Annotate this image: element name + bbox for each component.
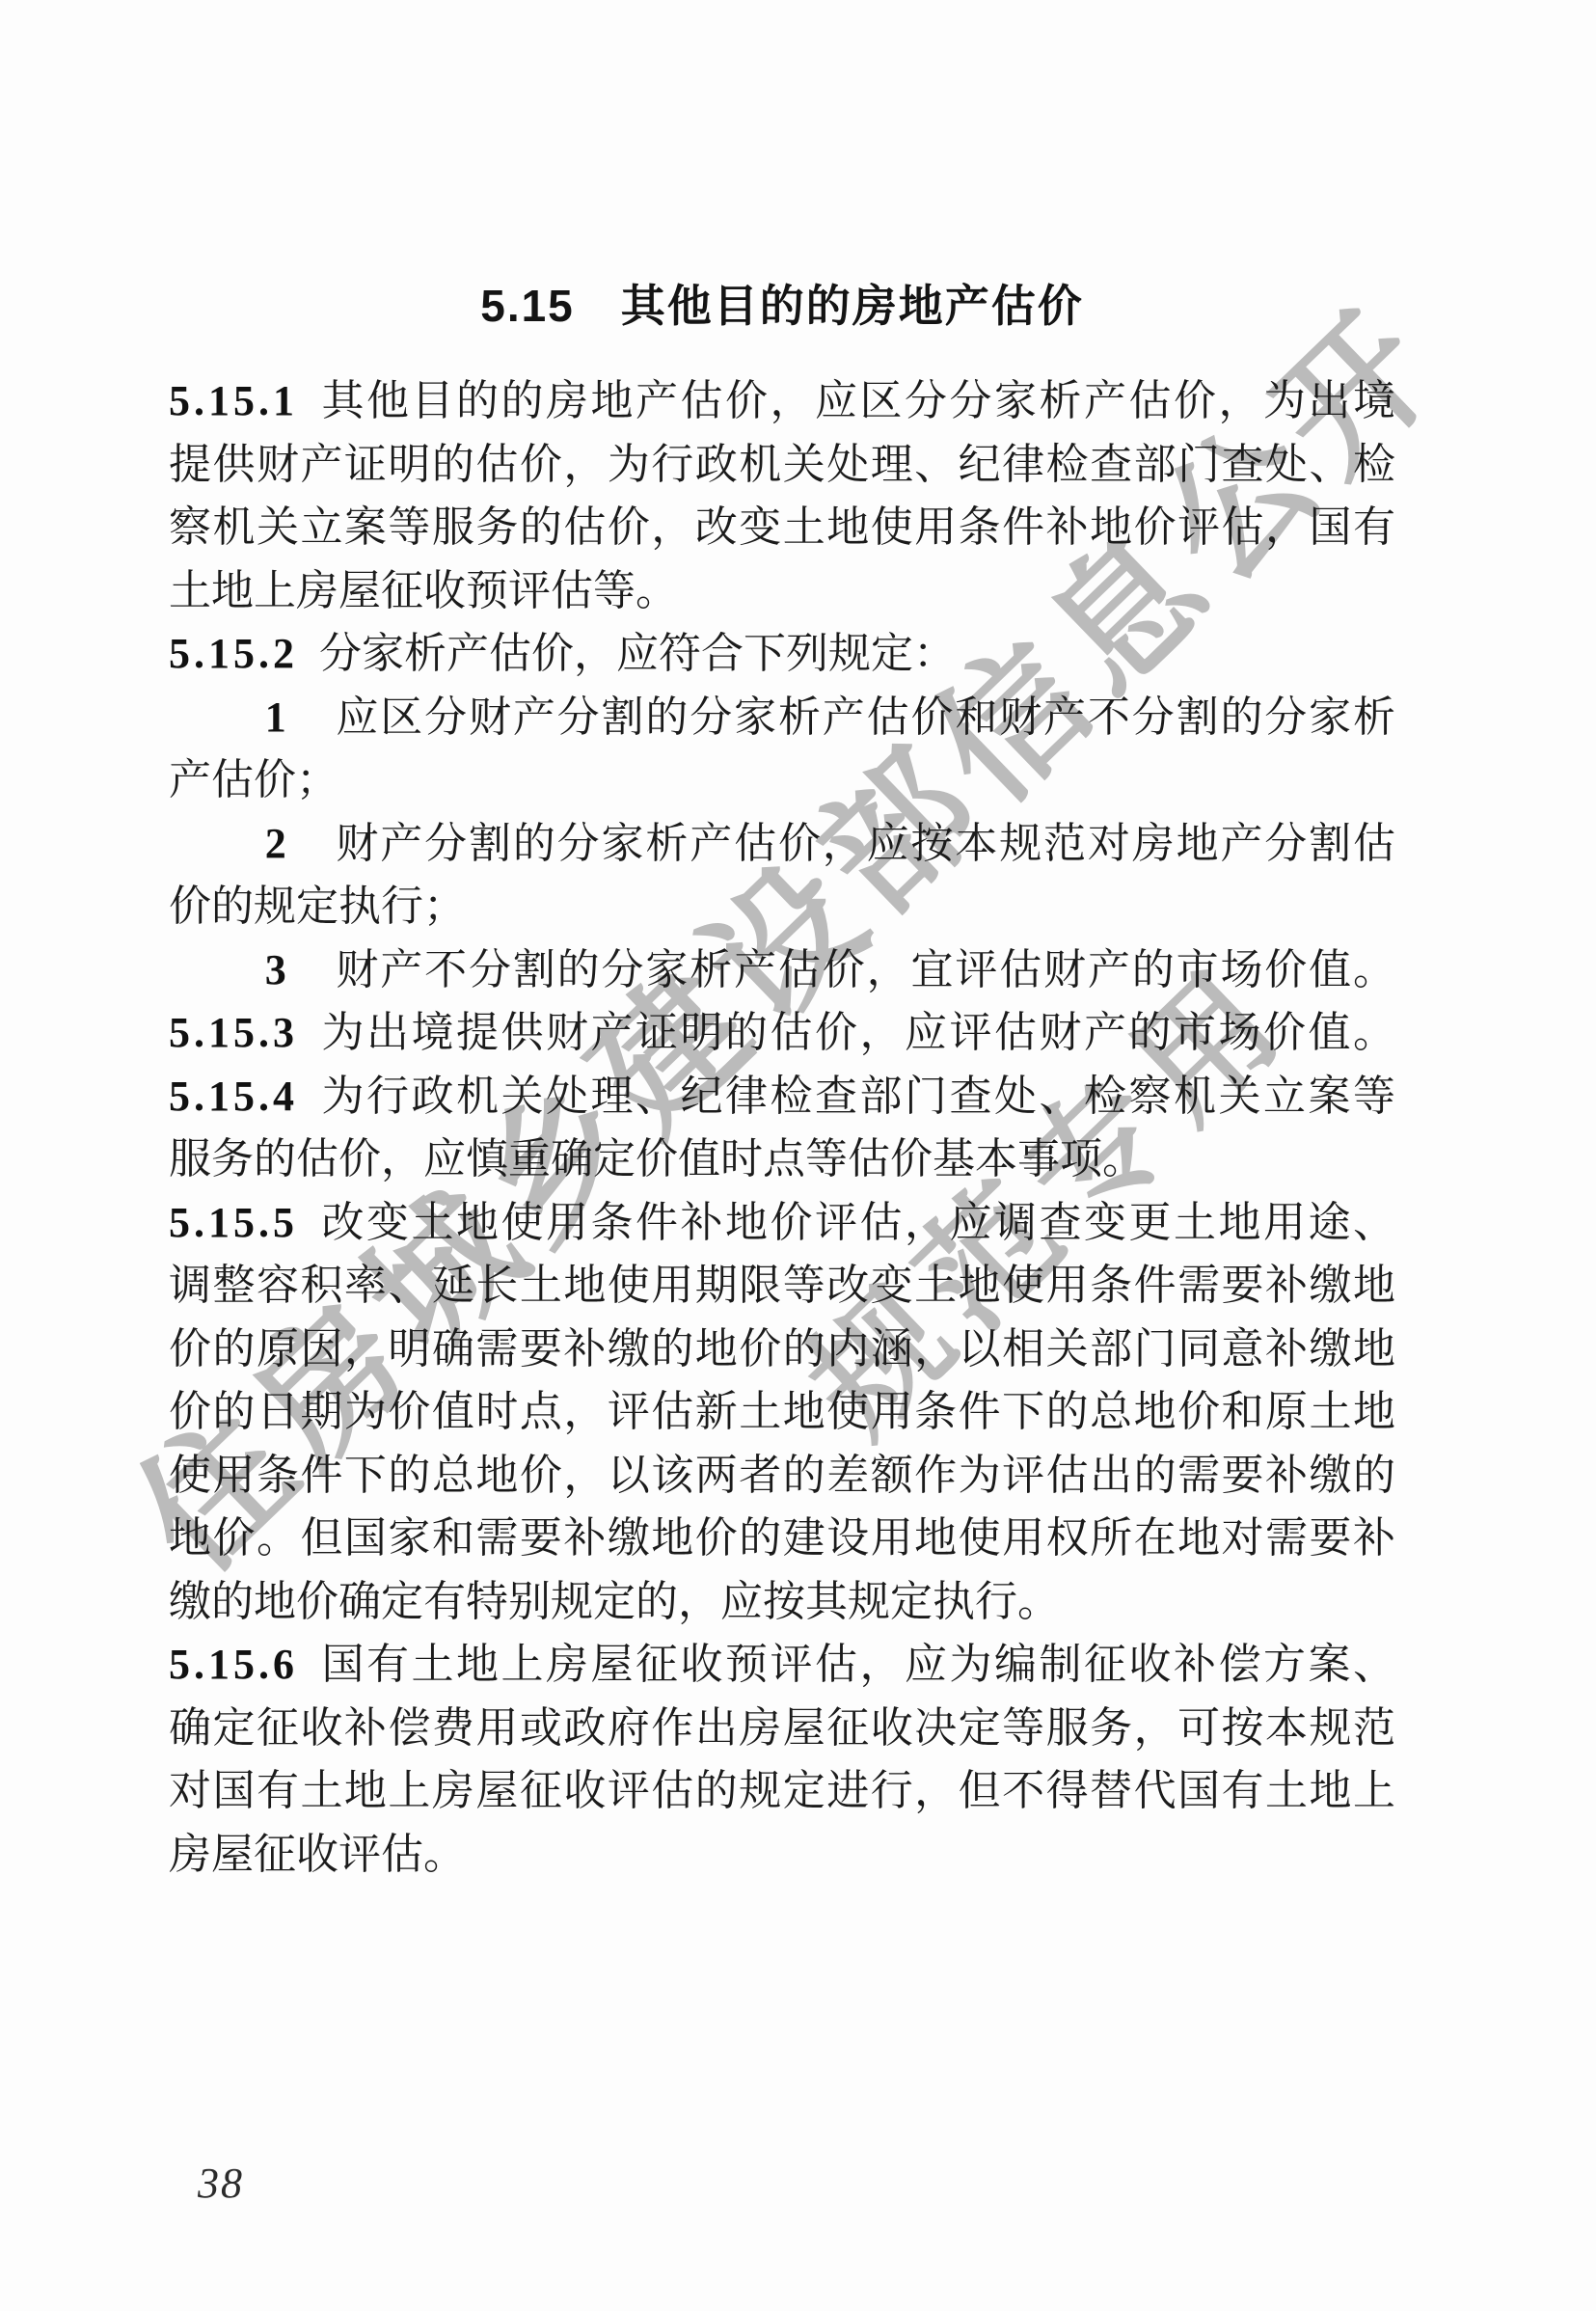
text-line: 地价。但国家和需要补缴地价的建设用地使用权所在地对需要补 bbox=[169, 1507, 1395, 1570]
text-line: 5.15.4 为行政机关处理、纪律检查部门查处、检察机关立案等 bbox=[169, 1065, 1395, 1128]
text-line: 价的规定执行； bbox=[169, 875, 1395, 938]
line-text: 确定征收补偿费用或政府作出房屋征收决定等服务，可按本规范 bbox=[169, 1704, 1395, 1752]
clause-number: 5.15.4 bbox=[169, 1073, 298, 1120]
clause-number: 5.15.5 bbox=[169, 1199, 298, 1246]
text-line: 5.15.5 改变土地使用条件补地价评估，应调查变更土地用途、 bbox=[169, 1191, 1395, 1255]
line-text: 国有土地上房屋征收预评估，应为编制征收补偿方案、 bbox=[298, 1641, 1395, 1688]
text-line: 价的原因，明确需要补缴的地价的内涵，以相关部门同意补缴地 bbox=[169, 1318, 1395, 1381]
text-line: 5.15.3 为出境提供财产证明的估价，应评估财产的市场价值。 bbox=[169, 1001, 1395, 1065]
clause-number: 5.15.2 bbox=[169, 630, 298, 677]
text-line: 土地上房屋征收预评估等。 bbox=[169, 559, 1395, 623]
text-line: 1 应区分财产分割的分家析产估价和财产不分割的分家析 bbox=[169, 686, 1395, 749]
item-number: 1 bbox=[169, 693, 290, 741]
text-line: 5.15.6 国有土地上房屋征收预评估，应为编制征收补偿方案、 bbox=[169, 1633, 1395, 1697]
text-column: 5.15.1 其他目的的房地产估价，应区分分家析产估价，为出境 提供财产证明的估… bbox=[169, 369, 1395, 1886]
line-text: 使用条件下的总地价，以该两者的差额作为评估出的需要补缴的 bbox=[169, 1452, 1395, 1499]
item-number: 3 bbox=[169, 946, 290, 993]
text-line: 房屋征收评估。 bbox=[169, 1823, 1395, 1887]
clause-number: 5.15.3 bbox=[169, 1009, 298, 1056]
text-line: 5.15.2 分家析产估价，应符合下列规定： bbox=[169, 622, 1395, 686]
line-text: 价的规定执行； bbox=[169, 883, 466, 930]
text-line: 产估价； bbox=[169, 748, 1395, 812]
line-text: 为行政机关处理、纪律检查部门查处、检察机关立案等 bbox=[298, 1073, 1395, 1120]
text-line: 3 财产不分割的分家析产估价，宜评估财产的市场价值。 bbox=[169, 938, 1395, 1002]
clause-number: 5.15.6 bbox=[169, 1641, 298, 1688]
line-text: 为出境提供财产证明的估价，应评估财产的市场价值。 bbox=[298, 1009, 1395, 1056]
line-text: 价的原因，明确需要补缴的地价的内涵，以相关部门同意补缴地 bbox=[169, 1325, 1395, 1373]
clause-number: 5.15.1 bbox=[169, 377, 298, 424]
page-number: 38 bbox=[198, 2159, 244, 2208]
line-text: 察机关立案等服务的估价，改变土地使用条件补地价评估，国有 bbox=[169, 503, 1395, 551]
line-text: 提供财产证明的估价，为行政机关处理、纪律检查部门查处、检 bbox=[169, 441, 1395, 488]
text-line: 提供财产证明的估价，为行政机关处理、纪律检查部门查处、检 bbox=[169, 433, 1395, 497]
line-text: 房屋征收评估。 bbox=[169, 1831, 466, 1878]
line-text: 产估价； bbox=[169, 756, 338, 803]
line-text: 服务的估价，应慎重确定价值时点等估价基本事项。 bbox=[169, 1135, 1145, 1183]
section-title: 5.15 其他目的的房地产估价 bbox=[169, 278, 1395, 334]
text-line: 调整容积率、延长土地使用期限等改变土地使用条件需要补缴地 bbox=[169, 1254, 1395, 1318]
line-text: 财产不分割的分家析产估价，宜评估财产的市场价值。 bbox=[290, 946, 1395, 993]
text-line: 缴的地价确定有特别规定的，应按其规定执行。 bbox=[169, 1570, 1395, 1634]
line-text: 缴的地价确定有特别规定的，应按其规定执行。 bbox=[169, 1578, 1060, 1625]
text-line: 确定征收补偿费用或政府作出房屋征收决定等服务，可按本规范 bbox=[169, 1697, 1395, 1760]
text-line: 2 财产分割的分家析产估价，应按本规范对房地产分割估 bbox=[169, 812, 1395, 876]
line-text: 其他目的的房地产估价，应区分分家析产估价，为出境 bbox=[298, 377, 1395, 424]
line-text: 财产分割的分家析产估价，应按本规范对房地产分割估 bbox=[290, 820, 1395, 867]
text-line: 对国有土地上房屋征收评估的规定进行，但不得替代国有土地上 bbox=[169, 1759, 1395, 1823]
document-page: 住房城乡建设部信息公开 规范专用 5.15 其他目的的房地产估价 5.15.1 … bbox=[0, 0, 1596, 2311]
line-text: 价的日期为价值时点，评估新土地使用条件下的总地价和原土地 bbox=[169, 1388, 1395, 1435]
line-text: 调整容积率、延长土地使用期限等改变土地使用条件需要补缴地 bbox=[169, 1262, 1395, 1309]
text-line: 价的日期为价值时点，评估新土地使用条件下的总地价和原土地 bbox=[169, 1380, 1395, 1444]
item-number: 2 bbox=[169, 820, 290, 867]
line-text: 对国有土地上房屋征收评估的规定进行，但不得替代国有土地上 bbox=[169, 1767, 1395, 1814]
line-text: 土地上房屋征收预评估等。 bbox=[169, 567, 678, 614]
text-line: 使用条件下的总地价，以该两者的差额作为评估出的需要补缴的 bbox=[169, 1444, 1395, 1508]
text-line: 服务的估价，应慎重确定价值时点等估价基本事项。 bbox=[169, 1128, 1395, 1191]
line-text: 地价。但国家和需要补缴地价的建设用地使用权所在地对需要补 bbox=[169, 1514, 1395, 1562]
text-line: 察机关立案等服务的估价，改变土地使用条件补地价评估，国有 bbox=[169, 496, 1395, 559]
line-text: 改变土地使用条件补地价评估，应调查变更土地用途、 bbox=[298, 1199, 1395, 1246]
text-line: 5.15.1 其他目的的房地产估价，应区分分家析产估价，为出境 bbox=[169, 369, 1395, 433]
line-text: 分家析产估价，应符合下列规定： bbox=[298, 630, 956, 677]
line-text: 应区分财产分割的分家析产估价和财产不分割的分家析 bbox=[290, 693, 1395, 741]
